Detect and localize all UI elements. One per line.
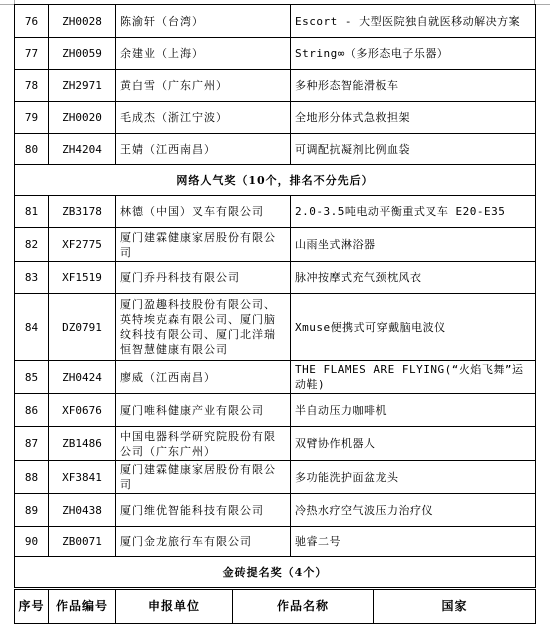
applicant-unit: 厦门建霖健康家居股份有限公司 — [116, 461, 291, 494]
entry-name: THE FLAMES ARE FLYING(“火焰飞舞”运动鞋) — [291, 361, 536, 394]
row-number: 89 — [15, 494, 49, 527]
entry-name: String∞（多形态电子乐器） — [291, 38, 536, 70]
row-number: 82 — [15, 228, 49, 262]
entry-name: 2.0-3.5吨电动平衡重式叉车 E20-E35 — [291, 196, 536, 228]
table-row: 83XF1519厦门乔丹科技有限公司脉冲按摩式充气颈枕风衣 — [15, 262, 536, 294]
entry-name: 可调配抗凝剂比例血袋 — [291, 134, 536, 165]
entry-name: 驰睿二号 — [291, 527, 536, 557]
row-number: 80 — [15, 134, 49, 165]
entry-code: XF3841 — [49, 461, 116, 494]
column-header-code: 作品编号 — [49, 590, 116, 624]
row-number: 86 — [15, 394, 49, 427]
row-number: 81 — [15, 196, 49, 228]
applicant-unit: 毛成杰（浙江宁波） — [116, 102, 291, 134]
entry-name: 全地形分体式急救担架 — [291, 102, 536, 134]
table-row: 86XF0676厦门唯科健康产业有限公司半自动压力咖啡机 — [15, 394, 536, 427]
entry-name: 山雨坐式淋浴器 — [291, 228, 536, 262]
row-number: 83 — [15, 262, 49, 294]
entry-code: ZH0020 — [49, 102, 116, 134]
applicant-unit: 厦门唯科健康产业有限公司 — [116, 394, 291, 427]
entry-name: Escort - 大型医院独自就医移动解决方案 — [291, 5, 536, 38]
column-header-name: 作品名称 — [233, 590, 374, 624]
entry-code: XF1519 — [49, 262, 116, 294]
table-row: 85ZH0424廖威（江西南昌）THE FLAMES ARE FLYING(“火… — [15, 361, 536, 394]
entry-code: ZH0438 — [49, 494, 116, 527]
entry-code: ZB0071 — [49, 527, 116, 557]
row-number: 79 — [15, 102, 49, 134]
table-row: 87ZB1486中国电器科学研究院股份有限公司（广东广州）双臂协作机器人 — [15, 427, 536, 461]
row-number: 84 — [15, 294, 49, 361]
entry-name: 双臂协作机器人 — [291, 427, 536, 461]
applicant-unit: 余建业（上海） — [116, 38, 291, 70]
applicant-unit: 黄白雪（广东广州） — [116, 70, 291, 102]
applicant-unit: 林德（中国）叉车有限公司 — [116, 196, 291, 228]
network-popularity-award-section-row: 网络人气奖（10个，排名不分先后） — [15, 165, 536, 196]
entry-code: ZH0424 — [49, 361, 116, 394]
row-number: 90 — [15, 527, 49, 557]
golden-award-header-row: 序号 作品编号 申报单位 作品名称 国家 — [15, 590, 536, 624]
entry-name: Xmuse便携式可穿戴脑电波仪 — [291, 294, 536, 361]
applicant-unit: 厦门建霖健康家居股份有限公司 — [116, 228, 291, 262]
page-corner-mark-left — [0, 0, 15, 5]
golden-brick-nomination-section-title: 金砖提名奖（4个） — [15, 557, 536, 588]
table-row: 90ZB0071厦门金龙旅行车有限公司驰睿二号 — [15, 527, 536, 557]
entry-name: 多种形态智能滑板车 — [291, 70, 536, 102]
entry-code: XF0676 — [49, 394, 116, 427]
entry-code: ZB1486 — [49, 427, 116, 461]
table-row: 84DZ0791厦门盈趣科技股份有限公司、英特埃克森有限公司、厦门脑纹科技有限公… — [15, 294, 536, 361]
entry-code: ZH4204 — [49, 134, 116, 165]
entry-code: XF2775 — [49, 228, 116, 262]
table-row: 88XF3841厦门建霖健康家居股份有限公司多功能洗护面盆龙头 — [15, 461, 536, 494]
table-row: 79ZH0020毛成杰（浙江宁波）全地形分体式急救担架 — [15, 102, 536, 134]
entry-code: DZ0791 — [49, 294, 116, 361]
table-row: 76ZH0028陈渝轩（台湾）Escort - 大型医院独自就医移动解决方案 — [15, 5, 536, 38]
applicant-unit: 廖威（江西南昌） — [116, 361, 291, 394]
entry-code: ZH2971 — [49, 70, 116, 102]
row-number: 87 — [15, 427, 49, 461]
entry-name: 半自动压力咖啡机 — [291, 394, 536, 427]
row-number: 78 — [15, 70, 49, 102]
applicant-unit: 厦门盈趣科技股份有限公司、英特埃克森有限公司、厦门脑纹科技有限公司、厦门北洋瑞恒… — [116, 294, 291, 361]
row-number: 85 — [15, 361, 49, 394]
golden-award-header-table: 序号 作品编号 申报单位 作品名称 国家 — [14, 589, 536, 624]
entry-name: 多功能洗护面盆龙头 — [291, 461, 536, 494]
entry-code: ZH0059 — [49, 38, 116, 70]
applicant-unit: 王婧（江西南昌） — [116, 134, 291, 165]
applicant-unit: 中国电器科学研究院股份有限公司（广东广州） — [116, 427, 291, 461]
row-number: 77 — [15, 38, 49, 70]
page-corner-mark-right — [534, 0, 550, 5]
row-number: 88 — [15, 461, 49, 494]
table-row: 81ZB3178林德（中国）叉车有限公司2.0-3.5吨电动平衡重式叉车 E20… — [15, 196, 536, 228]
network-popularity-award-section-title: 网络人气奖（10个，排名不分先后） — [15, 165, 536, 196]
column-header-unit: 申报单位 — [116, 590, 233, 624]
column-header-country: 国家 — [374, 590, 536, 624]
table-row: 78ZH2971黄白雪（广东广州）多种形态智能滑板车 — [15, 70, 536, 102]
award-table: 76ZH0028陈渝轩（台湾）Escort - 大型医院独自就医移动解决方案77… — [14, 4, 536, 588]
table-row: 80ZH4204王婧（江西南昌）可调配抗凝剂比例血袋 — [15, 134, 536, 165]
table-row: 82XF2775厦门建霖健康家居股份有限公司山雨坐式淋浴器 — [15, 228, 536, 262]
applicant-unit: 厦门维优智能科技有限公司 — [116, 494, 291, 527]
applicant-unit: 陈渝轩（台湾） — [116, 5, 291, 38]
table-row: 77ZH0059余建业（上海）String∞（多形态电子乐器） — [15, 38, 536, 70]
entry-name: 脉冲按摩式充气颈枕风衣 — [291, 262, 536, 294]
table-row: 89ZH0438厦门维优智能科技有限公司冷热水疗空气波压力治疗仪 — [15, 494, 536, 527]
entry-code: ZB3178 — [49, 196, 116, 228]
applicant-unit: 厦门金龙旅行车有限公司 — [116, 527, 291, 557]
applicant-unit: 厦门乔丹科技有限公司 — [116, 262, 291, 294]
award-table-body: 76ZH0028陈渝轩（台湾）Escort - 大型医院独自就医移动解决方案77… — [15, 5, 536, 588]
row-number: 76 — [15, 5, 49, 38]
entry-code: ZH0028 — [49, 5, 116, 38]
golden-brick-nomination-section-row: 金砖提名奖（4个） — [15, 557, 536, 588]
entry-name: 冷热水疗空气波压力治疗仪 — [291, 494, 536, 527]
column-header-number: 序号 — [15, 590, 49, 624]
